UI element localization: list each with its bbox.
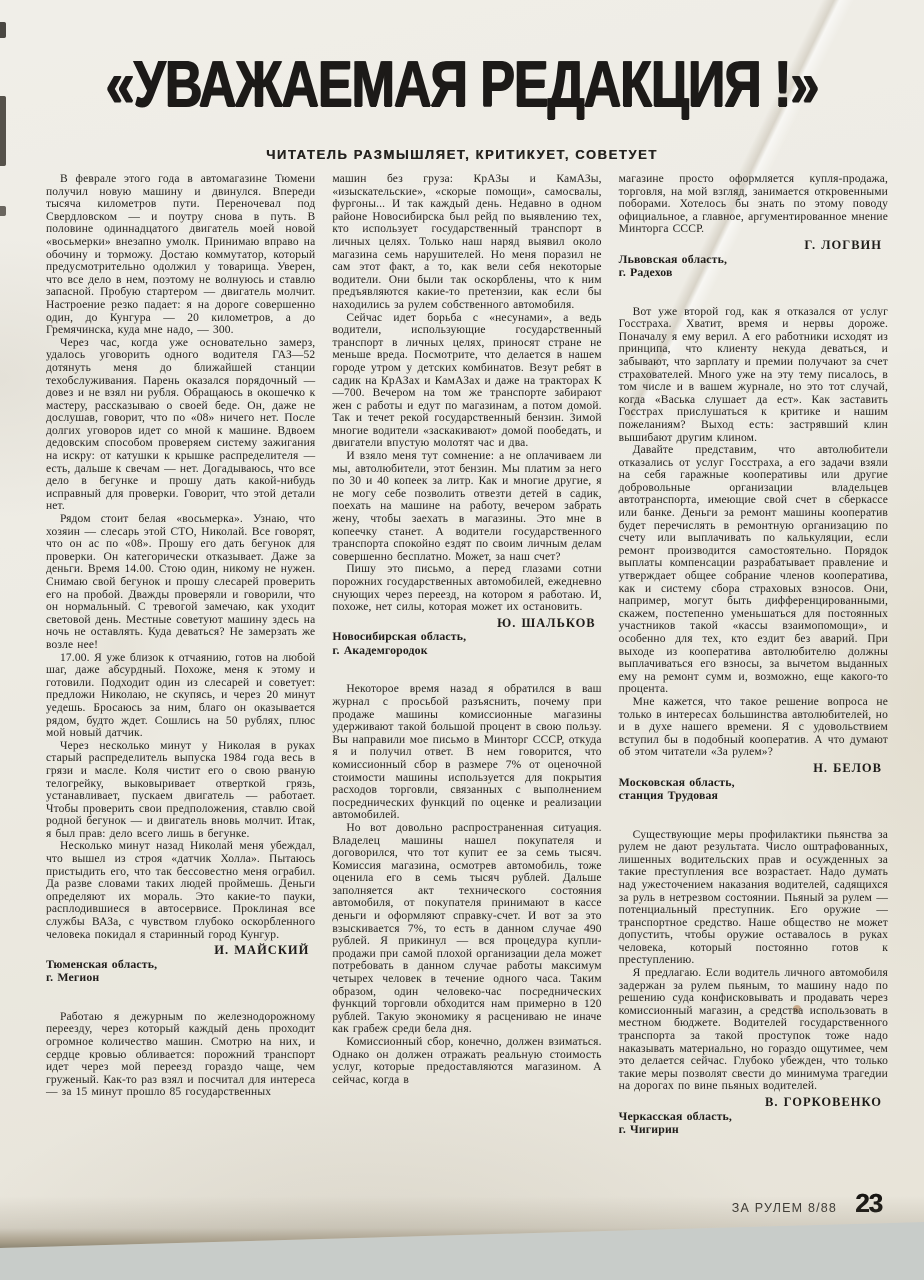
magazine-page: «УВАЖАЕМАЯ РЕДАКЦИЯ !» ЧИТАТЕЛЬ РАЗМЫШЛЯ… [0,0,924,1260]
letter-address: Черкасская область, г. Чигирин [619,1110,888,1137]
letter-paragraph: Работаю я дежурным по железнодорожному п… [46,1011,315,1099]
scan-edge-mark [0,22,6,38]
letter-paragraph: Несколько минут назад Николай меня убежд… [46,840,315,941]
letter-paragraph: Мне кажется, что такое решение вопроса н… [619,696,888,759]
letter-paragraph: Через несколько минут у Николая в руках … [46,740,315,841]
letter-paragraph: 17.00. Я уже близок к отчаянию, готов на… [46,652,315,740]
letter-paragraph: Пишу это письмо, а перед глазами сотни п… [332,563,601,613]
column-2: машин без груза: КрАЗы и КамАЗы, «изыска… [332,173,601,1137]
page-title: «УВАЖАЕМАЯ РЕДАКЦИЯ !» [0,46,924,122]
column-3: магазине просто оформляется купля-продаж… [619,173,888,1137]
letter-paragraph: Комиссионный сбор, конечно, должен взима… [332,1036,601,1086]
letter-paragraph: Вот уже второй год, как я отказался от у… [619,306,888,445]
letter-signature: Г. ЛОГВИН [619,239,888,252]
letter-signature: Н. БЕЛОВ [619,762,888,775]
letter-signature: В. ГОРКОВЕНКО [619,1096,888,1109]
letter-address: Львовская область, г. Радехов [619,253,888,280]
letter-paragraph: В феврале этого года в автомагазине Тюме… [46,173,315,337]
letter-paragraph: Существующие меры профилактики пьянства … [619,829,888,968]
letter-paragraph: Я предлагаю. Если водитель личного автом… [619,967,888,1093]
page-footer: ЗА РУЛЕМ 8/88 23 [732,1188,882,1219]
magazine-issue-label: ЗА РУЛЕМ 8/88 [732,1201,837,1215]
letter-paragraph: Но вот довольно распространенная ситуаци… [332,822,601,1036]
letter-paragraph: Сейчас идет борьба с «несунами», а ведь … [332,312,601,451]
page-number: 23 [855,1188,882,1219]
column-1: В феврале этого года в автомагазине Тюме… [46,173,315,1137]
letter-address: Тюменская область, г. Мегион [46,958,315,985]
scan-edge-mark [0,206,6,216]
letter-paragraph: Некоторое время назад я обратился в ваш … [332,683,601,822]
letters-columns: В феврале этого года в автомагазине Тюме… [46,173,888,1137]
letter-paragraph: Давайте представим, что автолюбители отк… [619,444,888,696]
letter-address: Московская область, станция Трудовая [619,776,888,803]
letter-paragraph: Рядом стоит белая «восьмерка». Узнаю, чт… [46,513,315,652]
letter-signature: И. МАЙСКИЙ [46,944,315,957]
letter-paragraph: машин без груза: КрАЗы и КамАЗы, «изыска… [332,173,601,312]
letter-signature: Ю. ШАЛЬКОВ [332,617,601,630]
page-subtitle: ЧИТАТЕЛЬ РАЗМЫШЛЯЕТ, КРИТИКУЕТ, СОВЕТУЕТ [0,147,924,162]
letter-address: Новосибирская область, г. Академгородок [332,630,601,657]
letter-paragraph: магазине просто оформляется купля-продаж… [619,173,888,236]
letter-paragraph: И взяло меня тут сомнение: а не оплачива… [332,450,601,563]
letter-paragraph: Через час, когда уже основательно замерз… [46,337,315,513]
